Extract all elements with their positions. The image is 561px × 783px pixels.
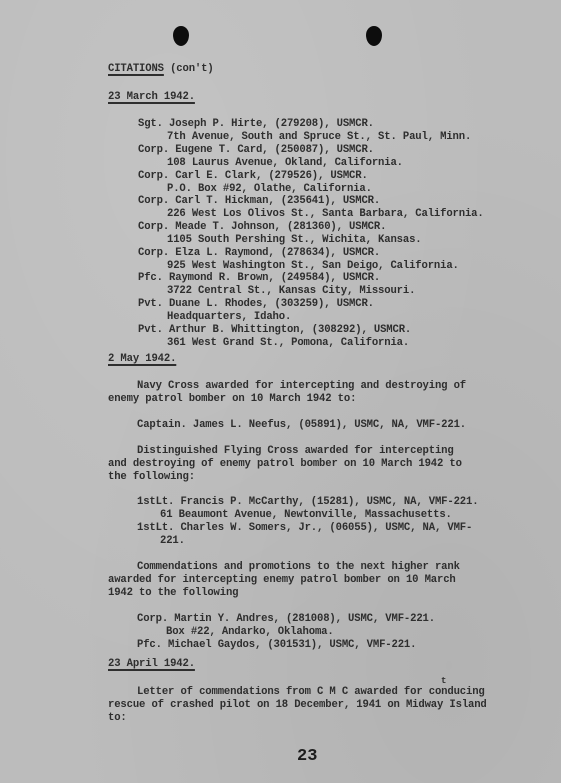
award-recipient: 1stLt. Francis P. McCarthy, (15281), USM… <box>137 496 478 509</box>
award-text: 1942 to the following <box>108 587 238 600</box>
section-date: 2 May 1942. <box>108 353 176 366</box>
entry-address: 7th Avenue, South and Spruce St., St. Pa… <box>167 131 471 144</box>
award-recipient-address: 61 Beaumont Avenue, Newtonville, Massach… <box>160 509 452 522</box>
entry-name: Sgt. Joseph P. Hirte, (279208), USMCR. <box>138 118 374 131</box>
section-date: 23 April 1942. <box>108 658 195 671</box>
award-recipient-address: Box #22, Andarko, Oklahoma. <box>166 626 334 639</box>
entry-name: Pvt. Arthur B. Whittington, (308292), US… <box>138 324 411 337</box>
entry-name: Corp. Carl E. Clark, (279526), USMCR. <box>138 170 368 183</box>
typed-correction-mark: t <box>441 676 446 686</box>
award-recipient: Corp. Martin Y. Andres, (281008), USMC, … <box>137 613 435 626</box>
entry-name: Corp. Elza L. Raymond, (278634), USMCR. <box>138 247 380 260</box>
section-date: 23 March 1942. <box>108 91 195 104</box>
award-text: Letter of commendations from C M C award… <box>137 686 485 699</box>
award-text: awarded for intercepting enemy patrol bo… <box>108 574 456 587</box>
award-text: enemy patrol bomber on 10 March 1942 to: <box>108 393 356 406</box>
award-recipient-address: 221. <box>160 535 185 548</box>
punch-hole-icon <box>366 26 382 46</box>
entry-name: Corp. Carl T. Hickman, (235641), USMCR. <box>138 195 380 208</box>
award-text: Navy Cross awarded for intercepting and … <box>137 380 466 393</box>
award-text: Distinguished Flying Cross awarded for i… <box>137 445 454 458</box>
page-number: 23 <box>297 747 317 766</box>
award-text: Commendations and promotions to the next… <box>137 561 460 574</box>
entry-address: 226 West Los Olivos St., Santa Barbara, … <box>167 208 484 221</box>
award-text: rescue of crashed pilot on 18 December, … <box>108 699 487 712</box>
award-text: to: <box>108 712 127 725</box>
section-title-suffix: (con't) <box>170 63 213 75</box>
award-text: and destroying of enemy patrol bomber on… <box>108 458 462 471</box>
award-recipient: 1stLt. Charles W. Somers, Jr., (06055), … <box>137 522 472 535</box>
award-text: the following: <box>108 471 195 484</box>
entry-address: 3722 Central St., Kansas City, Missouri. <box>167 285 415 298</box>
entry-address: Headquarters, Idaho. <box>167 311 291 324</box>
section-header: CITATIONS (con't) <box>108 63 214 76</box>
section-title: CITATIONS <box>108 63 164 75</box>
entry-address: 1105 South Pershing St., Wichita, Kansas… <box>167 234 422 247</box>
award-recipient: Pfc. Michael Gaydos, (301531), USMC, VMF… <box>137 639 416 652</box>
entry-name: Corp. Eugene T. Card, (250087), USMCR. <box>138 144 374 157</box>
punch-hole-icon <box>173 26 189 46</box>
entry-address: 361 West Grand St., Pomona, California. <box>167 337 409 350</box>
entry-name: Pfc. Raymond R. Brown, (249584), USMCR. <box>138 272 380 285</box>
award-recipient: Captain. James L. Neefus, (05891), USMC,… <box>137 419 466 432</box>
document-page: CITATIONS (con't) 23 March 1942. Sgt. Jo… <box>0 0 561 783</box>
entry-address: 108 Laurus Avenue, Okland, California. <box>167 157 403 170</box>
entry-name: Pvt. Duane L. Rhodes, (303259), USMCR. <box>138 298 374 311</box>
entry-name: Corp. Meade T. Johnson, (281360), USMCR. <box>138 221 386 234</box>
